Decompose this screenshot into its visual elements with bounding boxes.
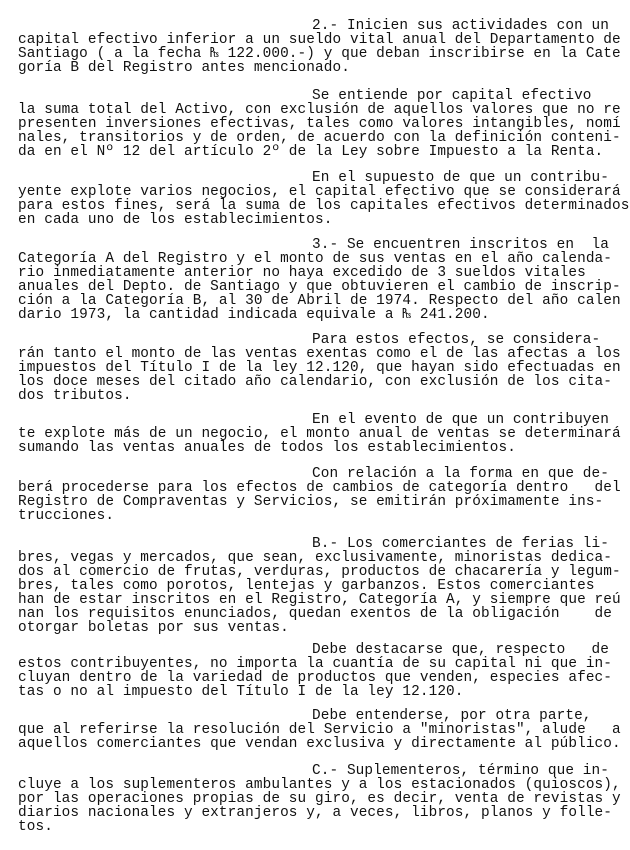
text-line: ción a la Categoría B, al 30 de Abril de… bbox=[18, 294, 621, 308]
text-line: berá procederse para los efectos de camb… bbox=[18, 481, 621, 495]
text-line: rán tanto el monto de las ventas exentas… bbox=[18, 347, 621, 361]
text-line: los doce meses del citado año calendario… bbox=[18, 375, 612, 389]
text-line: dos tributos. bbox=[18, 389, 132, 403]
text-line: nan los requisitos enunciados, quedan ex… bbox=[18, 607, 612, 621]
text-line: capital efectivo inferior a un sueldo vi… bbox=[18, 33, 621, 47]
text-line: dos al comercio de frutas, verduras, pro… bbox=[18, 565, 621, 579]
text-line: en cada uno de los establecimientos. bbox=[18, 213, 333, 227]
text-line: rio inmediatamente anterior no haya exce… bbox=[18, 266, 586, 280]
text-line: yente explote varios negocios, el capita… bbox=[18, 185, 621, 199]
text-line: da en el Nº 12 del artículo 2º de la Ley… bbox=[18, 145, 603, 159]
text-line: trucciones. bbox=[18, 509, 114, 523]
text-line: te explote más de un negocio, el monto a… bbox=[18, 427, 621, 441]
text-line: nales, transitorios y de orden, de acuer… bbox=[18, 131, 621, 145]
text-line: estos contribuyentes, no importa la cuan… bbox=[18, 657, 612, 671]
text-line: tas o no al impuesto del Título I de la … bbox=[18, 685, 464, 699]
text-line: sumando las ventas anuales de todos los … bbox=[18, 441, 516, 455]
text-line: tos. bbox=[18, 820, 53, 834]
text-line: anuales del Depto. de Santiago y que obt… bbox=[18, 280, 621, 294]
text-line: dario 1973, la cantidad indicada equival… bbox=[18, 308, 490, 322]
text-line: Debe destacarse que, respecto de bbox=[312, 643, 609, 657]
text-line: C.- Suplementeros, término que in- bbox=[312, 764, 609, 778]
text-line: cluye a los suplementeros ambulantes y a… bbox=[18, 778, 621, 792]
text-line: aquellos comerciantes que vendan exclusi… bbox=[18, 737, 621, 751]
text-line: En el supuesto de que un contribu- bbox=[312, 171, 609, 185]
text-line: bres, vegas y mercados, que sean, exclus… bbox=[18, 551, 612, 565]
text-line: presenten inversiones efectivas, tales c… bbox=[18, 117, 621, 131]
text-line: que al referirse la resolución del Servi… bbox=[18, 723, 621, 737]
text-line: Santiago ( a la fecha ₧ 122.000.-) y que… bbox=[18, 47, 621, 61]
text-line: Se entiende por capital efectivo bbox=[312, 89, 592, 103]
text-line: bres, tales como porotos, lentejas y gar… bbox=[18, 579, 595, 593]
text-line: 2.- Inicien sus actividades con un bbox=[312, 19, 609, 33]
text-line: Para estos efectos, se considera- bbox=[312, 333, 600, 347]
text-line: 3.- Se encuentren inscritos en la bbox=[312, 238, 609, 252]
text-line: B.- Los comerciantes de ferias li- bbox=[312, 537, 609, 551]
text-line: Debe entenderse, por otra parte, bbox=[312, 709, 592, 723]
text-line: impuestos del Título I de la ley 12.120,… bbox=[18, 361, 621, 375]
text-line: otorgar boletas por sus ventas. bbox=[18, 621, 289, 635]
text-line: Con relación a la forma en que de- bbox=[312, 467, 609, 481]
text-line: por las operaciones propias de su giro, … bbox=[18, 792, 621, 806]
scanned-document-page: 2.- Inicien sus actividades con un capit… bbox=[0, 0, 630, 850]
text-line: En el evento de que un contribuyen bbox=[312, 413, 609, 427]
text-line: goría B del Registro antes mencionado. bbox=[18, 61, 350, 75]
text-line: para estos fines, será la suma de los ca… bbox=[18, 199, 630, 213]
text-line: Registro de Compraventas y Servicios, se… bbox=[18, 495, 603, 509]
text-line: cluyan dentro de la variedad de producto… bbox=[18, 671, 612, 685]
text-line: diarios nacionales y extranjeros y, a ve… bbox=[18, 806, 612, 820]
text-line: Categoría A del Registro y el monto de s… bbox=[18, 252, 612, 266]
text-line: la suma total del Activo, con exclusión … bbox=[18, 103, 621, 117]
text-line: han de estar inscritos en el Registro, C… bbox=[18, 593, 621, 607]
